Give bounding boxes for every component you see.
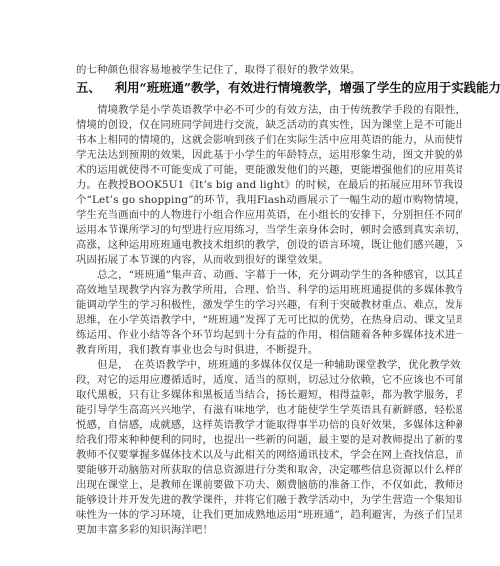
text-line: 出现在课堂上，是教师在课前要做下功夫、颇费脑筋的准备工作，不仅如此，教师还应该: [76, 478, 462, 493]
text-line: 取代黑板，只有让多媒体和黑板适当结合，扬长避短，相得益彰，都为教学服务，我们才: [76, 388, 462, 403]
text-line: 书本上相同的情境的，这就会影响到孩子们在实际生活中应用英语的能力，从而使情境教: [76, 133, 462, 148]
text-line: 学生充当画面中的人物进行小组合作应用英语，在小组长的安排下，分别担任不同的角色，: [76, 208, 462, 223]
text-line: 力。在教授BOOK5U1《It’s big and light》的时候，在最后的…: [76, 178, 462, 193]
text-line: 高涨，这种运用班班通电教技术组织的教学，创设的语言环境，既让他们感兴趣，又从中: [76, 238, 462, 253]
text-line: 术的运用就使得不可能变成了可能，更能激发他们的兴趣，更能增强他们的应用英语的能: [76, 163, 462, 178]
text-line: 情境教学是小学英语教学中必不可少的有效方法，由于传统教学手段的有限性，有些: [76, 103, 462, 118]
paragraph-situational-teaching: 情境教学是小学英语教学中必不可少的有效方法，由于传统教学手段的有限性，有些 情境…: [76, 103, 462, 268]
text-line: 能够设计并开发先进的教学课件，并将它们融于教学活动中，为学生营造一个集知识性和趣: [76, 493, 462, 508]
paragraph-summary: 总之，“班班通”集声音、动画、字幕于一体，充分调动学生的各种感官，以其直观、 高…: [76, 268, 462, 358]
text-line: 但是， 在英语教学中，班班通的多媒体仅仅是一种辅助课堂教学，优化教学效果的手: [76, 358, 462, 373]
text-line: 要能够开动脑筋对所获取的信息资源进行分类和取舍，决定哪些信息资源以什么样的方式: [76, 463, 462, 478]
text-line: 悦感，自信感，成就感，这样英语教学才能取得事半功倍的良好效果，多媒体这种新技术: [76, 418, 462, 433]
section-heading: 五、利用“班班通”教学，有效进行情境教学，增强了学生的应用于实践能力。: [76, 79, 462, 99]
text-line: 段，对它的运用应遵循适时，适度、适当的原则，切忌过分依赖，它不应该也不可能完全: [76, 373, 462, 388]
text-line: 给我们带来种种便利的同时，也提出一些新的问题，最主要的是对教师提出了新的要求，: [76, 433, 462, 448]
text-line: 运用本节课所学习的句型进行应用练习，当学生亲身体会时，顿时会感到真实亲切，激情: [76, 223, 462, 238]
text-line: 味性为一体的学习环境，让我们更加成熟地运用“班班通”，趋利避害，为孩子们呈现一个: [76, 508, 462, 523]
text-line: 总之，“班班通”集声音、动画、字幕于一体，充分调动学生的各种感官，以其直观、: [76, 268, 462, 283]
text-line: 教育所用，我们教育事业也会与时俱进，不断提升。: [76, 343, 462, 358]
text-line: 情境的创设，仅在同班同学间进行交流，缺乏活动的真实性，因为课堂上是不可能出现与: [76, 118, 462, 133]
section-title: 利用“班班通”教学，有效进行情境教学，增强了学生的应用于实践能力。: [115, 80, 500, 95]
text-line: 思维，在小学英语教学中，“班班通”发挥了无可比拟的优势，在热身启动、课文呈现、操: [76, 313, 462, 328]
section-number: 五、: [76, 80, 101, 95]
text-line: 高效地呈现教学内容为教学所用，合理、恰当、科学的运用班班通提供的多媒体教学手段，: [76, 283, 462, 298]
text-line: 更加丰富多彩的知识海洋吧！: [76, 523, 462, 538]
document-page: 的七种颜色很容易地被学生记住了，取得了很好的教学效果。 五、利用“班班通”教学，…: [76, 63, 462, 538]
paragraph-caveats: 但是， 在英语教学中，班班通的多媒体仅仅是一种辅助课堂教学，优化教学效果的手 段…: [76, 358, 462, 538]
text-line: 巩固拓展了本节课的内容，从而收到很好的课堂效果。: [76, 253, 462, 268]
text-line: 个“Let’s go shopping”的环节，我用Flash动画展示了一幅生动…: [76, 193, 462, 208]
text-line: 练运用、作业小结等各个环节均起到十分有益的作用，相信随着各种多媒体技术进一步为: [76, 328, 462, 343]
text-line: 能调动学生的学习积极性，激发学生的学习兴趣，有利于突破教材重点、难点，发展学生: [76, 298, 462, 313]
text-line: 教师不仅要掌握多媒体技术以及与此相关的网络通讯技术，学会在网上查找信息，而且还: [76, 448, 462, 463]
text-line: 学无法达到预期的效果，因此基于小学生的年龄特点，运用形象生动，图文并貌的媒体技: [76, 148, 462, 163]
text-line: 能引导学生高高兴兴地学，有滋有味地学，也才能使学生学英语具有新鲜感，轻松感，愉: [76, 403, 462, 418]
lead-line: 的七种颜色很容易地被学生记住了，取得了很好的教学效果。: [76, 63, 462, 78]
